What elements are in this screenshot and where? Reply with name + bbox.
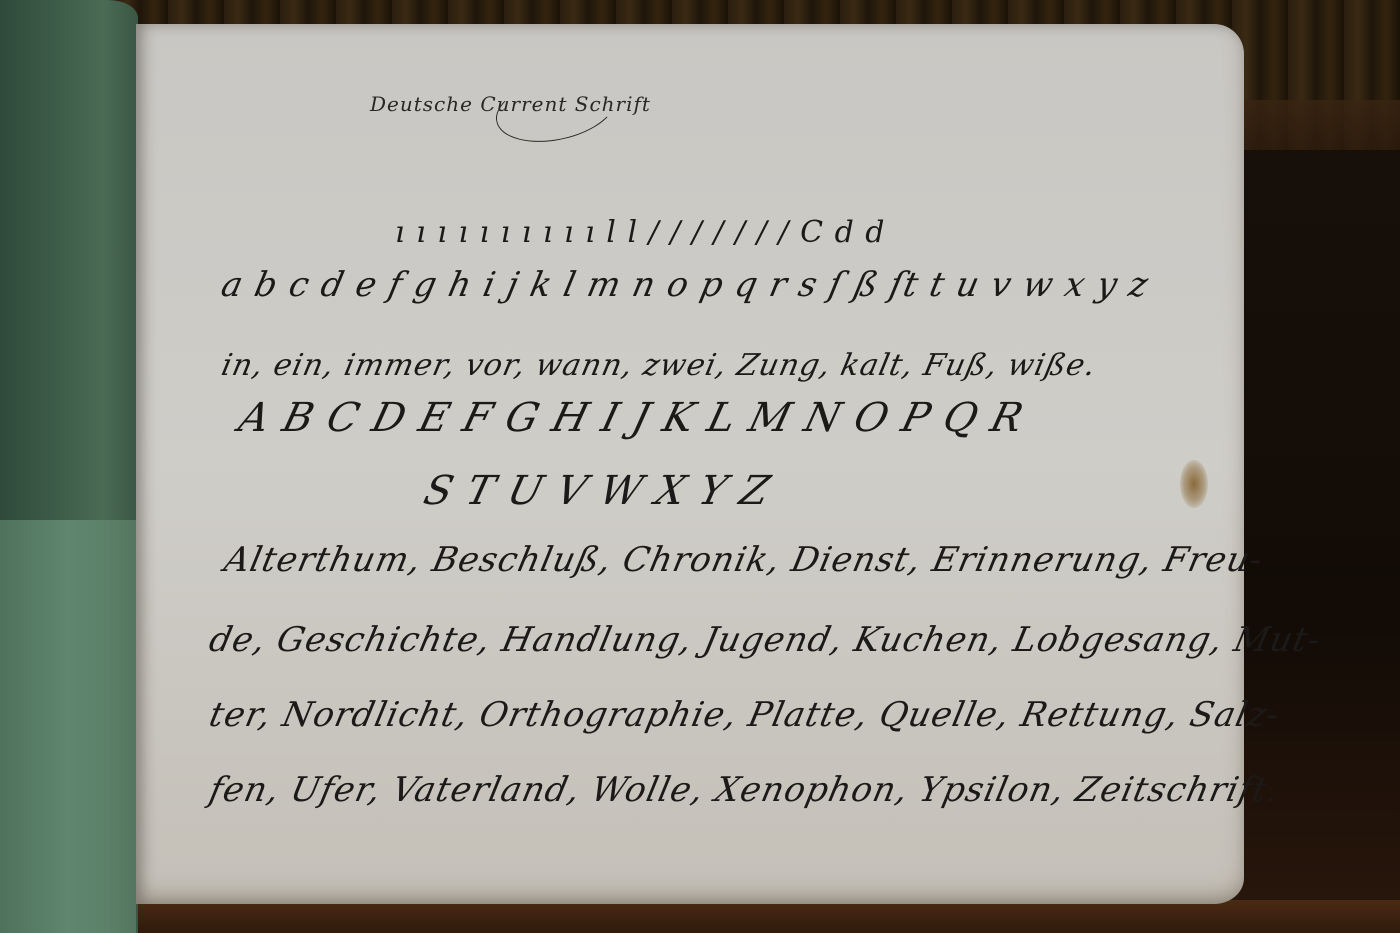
uppercase-row-2: S T U V W X Y Z bbox=[419, 468, 775, 514]
page-title: Deutsche Current Schrift bbox=[370, 92, 651, 116]
wooden-table-edge bbox=[120, 900, 1400, 933]
uppercase-row-1: A B C D E F G H I J K L M N O P Q R bbox=[234, 395, 1028, 441]
green-cover-lower-light bbox=[0, 520, 136, 933]
paper-stain bbox=[1180, 460, 1208, 508]
stroke-exercises: ı ı ı ı ı ı ı ı ı ı l l / / / / / / / C … bbox=[395, 215, 886, 250]
sample-words: in, ein, immer, vor, wann, zwei, Zung, k… bbox=[218, 348, 1099, 383]
word-line-3: ter, Nordlicht, Orthographie, Platte, Qu… bbox=[206, 695, 1284, 735]
lowercase-alphabet: a b c d e f g h i j k l m n o p q r s ſ … bbox=[218, 265, 1153, 305]
word-line-1: Alterthum, Beschluß, Chronik, Dienst, Er… bbox=[221, 540, 1267, 580]
word-line-4: fen, Ufer, Vaterland, Wolle, Xenophon, Y… bbox=[206, 770, 1284, 810]
word-line-2: de, Geschichte, Handlung, Jugend, Kuchen… bbox=[206, 620, 1325, 660]
